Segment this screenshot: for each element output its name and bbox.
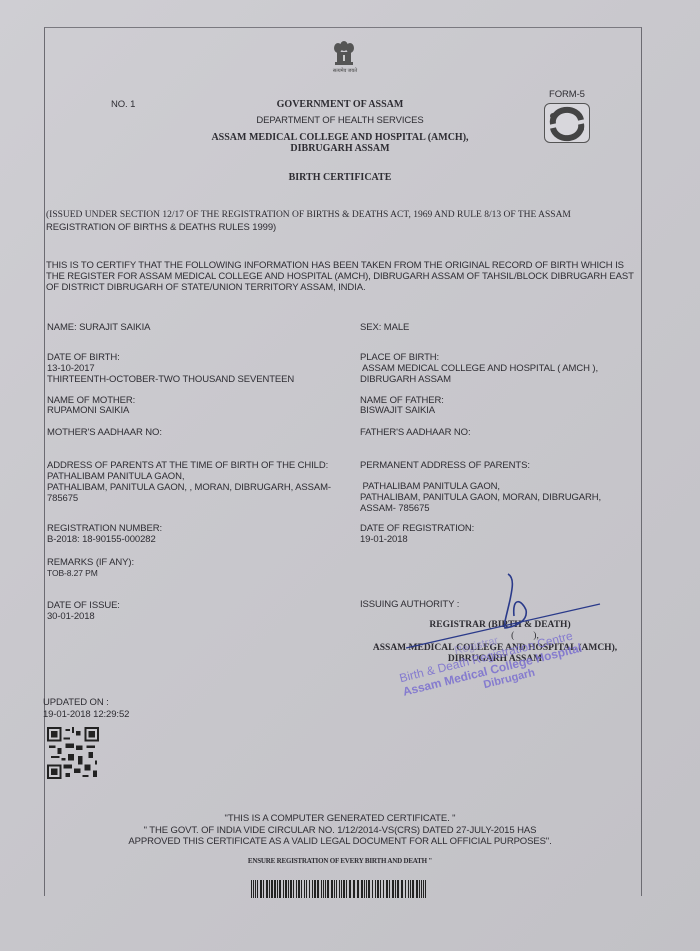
birth-address-label: ADDRESS OF PARENTS AT THE TIME OF BIRTH … [47, 460, 328, 471]
department-title: DEPARTMENT OF HEALTH SERVICES [180, 115, 500, 126]
footer-circular-line1: " THE GOVT. OF INDIA VIDE CIRCULAR NO. 1… [100, 825, 580, 836]
footer-computer-generated: "THIS IS A COMPUTER GENERATED CERTIFICAT… [100, 813, 580, 824]
barcode-icon [251, 880, 426, 898]
emblem-motto: सत्यमेव जयते [320, 68, 370, 74]
mother-aadhaar: MOTHER'S AADHAAR NO: [47, 427, 162, 438]
footer-slogan: ENSURE REGISTRATION OF EVERY BIRTH AND D… [150, 857, 530, 865]
registration-date-label: DATE OF REGISTRATION: [360, 523, 474, 534]
remarks-value: TOB-8.27 PM [47, 568, 98, 579]
crs-logo-icon [545, 104, 589, 142]
pob-line1: ASSAM MEDICAL COLLEGE AND HOSPITAL ( AMC… [360, 363, 598, 374]
father-aadhaar: FATHER'S AADHAAR NO: [360, 427, 471, 438]
national-emblem-icon [325, 38, 363, 82]
registration-number-label: REGISTRATION NUMBER: [47, 523, 162, 534]
child-name: NAME: SURAJIT SAIKIA [47, 322, 150, 333]
form-logo [544, 103, 590, 143]
footer-circular-line2: APPROVED THIS CERTIFICATE AS A VALID LEG… [100, 836, 580, 847]
dob-words: THIRTEENTH-OCTOBER-TWO THOUSAND SEVENTEE… [47, 374, 294, 385]
father-value: BISWAJIT SAIKIA [360, 405, 435, 416]
pob-label: PLACE OF BIRTH: [360, 352, 439, 363]
form-label: FORM-5 [549, 89, 585, 100]
institution-line2: DIBRUGARH ASSAM [150, 143, 530, 154]
birth-address-line2: PATHALIBAM, PANITULA GAON, , MORAN, DIBR… [47, 482, 331, 493]
permanent-address-line1: PATHALIBAM PANITULA GAON, [360, 481, 500, 492]
certify-line3: OF DISTRICT DIBRUGARH OF STATE/UNION TER… [46, 282, 366, 293]
permanent-address-label: PERMANENT ADDRESS OF PARENTS: [360, 460, 530, 471]
certificate-number: NO. 1 [111, 99, 135, 110]
updated-on-value: 19-01-2018 12:29:52 [43, 709, 129, 720]
remarks-label: REMARKS (IF ANY): [47, 557, 134, 568]
birth-address-line3: 785675 [47, 493, 78, 504]
certify-line2: THE REGISTER FOR ASSAM MEDICAL COLLEGE A… [46, 271, 634, 282]
sex: SEX: MALE [360, 322, 409, 333]
issue-date: 30-01-2018 [47, 611, 95, 622]
registration-number: B-2018: 18-90155-000282 [47, 534, 156, 545]
govt-title: GOVERNMENT OF ASSAM [180, 99, 500, 110]
institution-line1: ASSAM MEDICAL COLLEGE AND HOSPITAL (AMCH… [150, 132, 530, 143]
mother-value: RUPAMONI SAIKIA [47, 405, 129, 416]
dob-value: 13-10-2017 [47, 363, 95, 374]
permanent-address-line3: ASSAM- 785675 [360, 503, 429, 514]
qr-code-icon [47, 727, 99, 779]
birth-address-line1: PATHALIBAM PANITULA GAON, [47, 471, 184, 482]
certify-line1: THIS IS TO CERTIFY THAT THE FOLLOWING IN… [46, 260, 624, 271]
permanent-address-line2: PATHALIBAM, PANITULA GAON, MORAN, DIBRUG… [360, 492, 601, 503]
dob-label: DATE OF BIRTH: [47, 352, 120, 363]
issue-date-label: DATE OF ISSUE: [47, 600, 120, 611]
pob-line2: DIBRUGARH ASSAM [360, 374, 451, 385]
issued-under-line1: (ISSUED UNDER SECTION 12/17 OF THE REGIS… [46, 210, 571, 221]
updated-on-label: UPDATED ON : [43, 697, 109, 708]
issued-under-line2: REGISTRATION OF BIRTHS & DEATHS RULES 19… [46, 222, 276, 233]
registration-date: 19-01-2018 [360, 534, 408, 545]
document-title: BIRTH CERTIFICATE [180, 172, 500, 183]
